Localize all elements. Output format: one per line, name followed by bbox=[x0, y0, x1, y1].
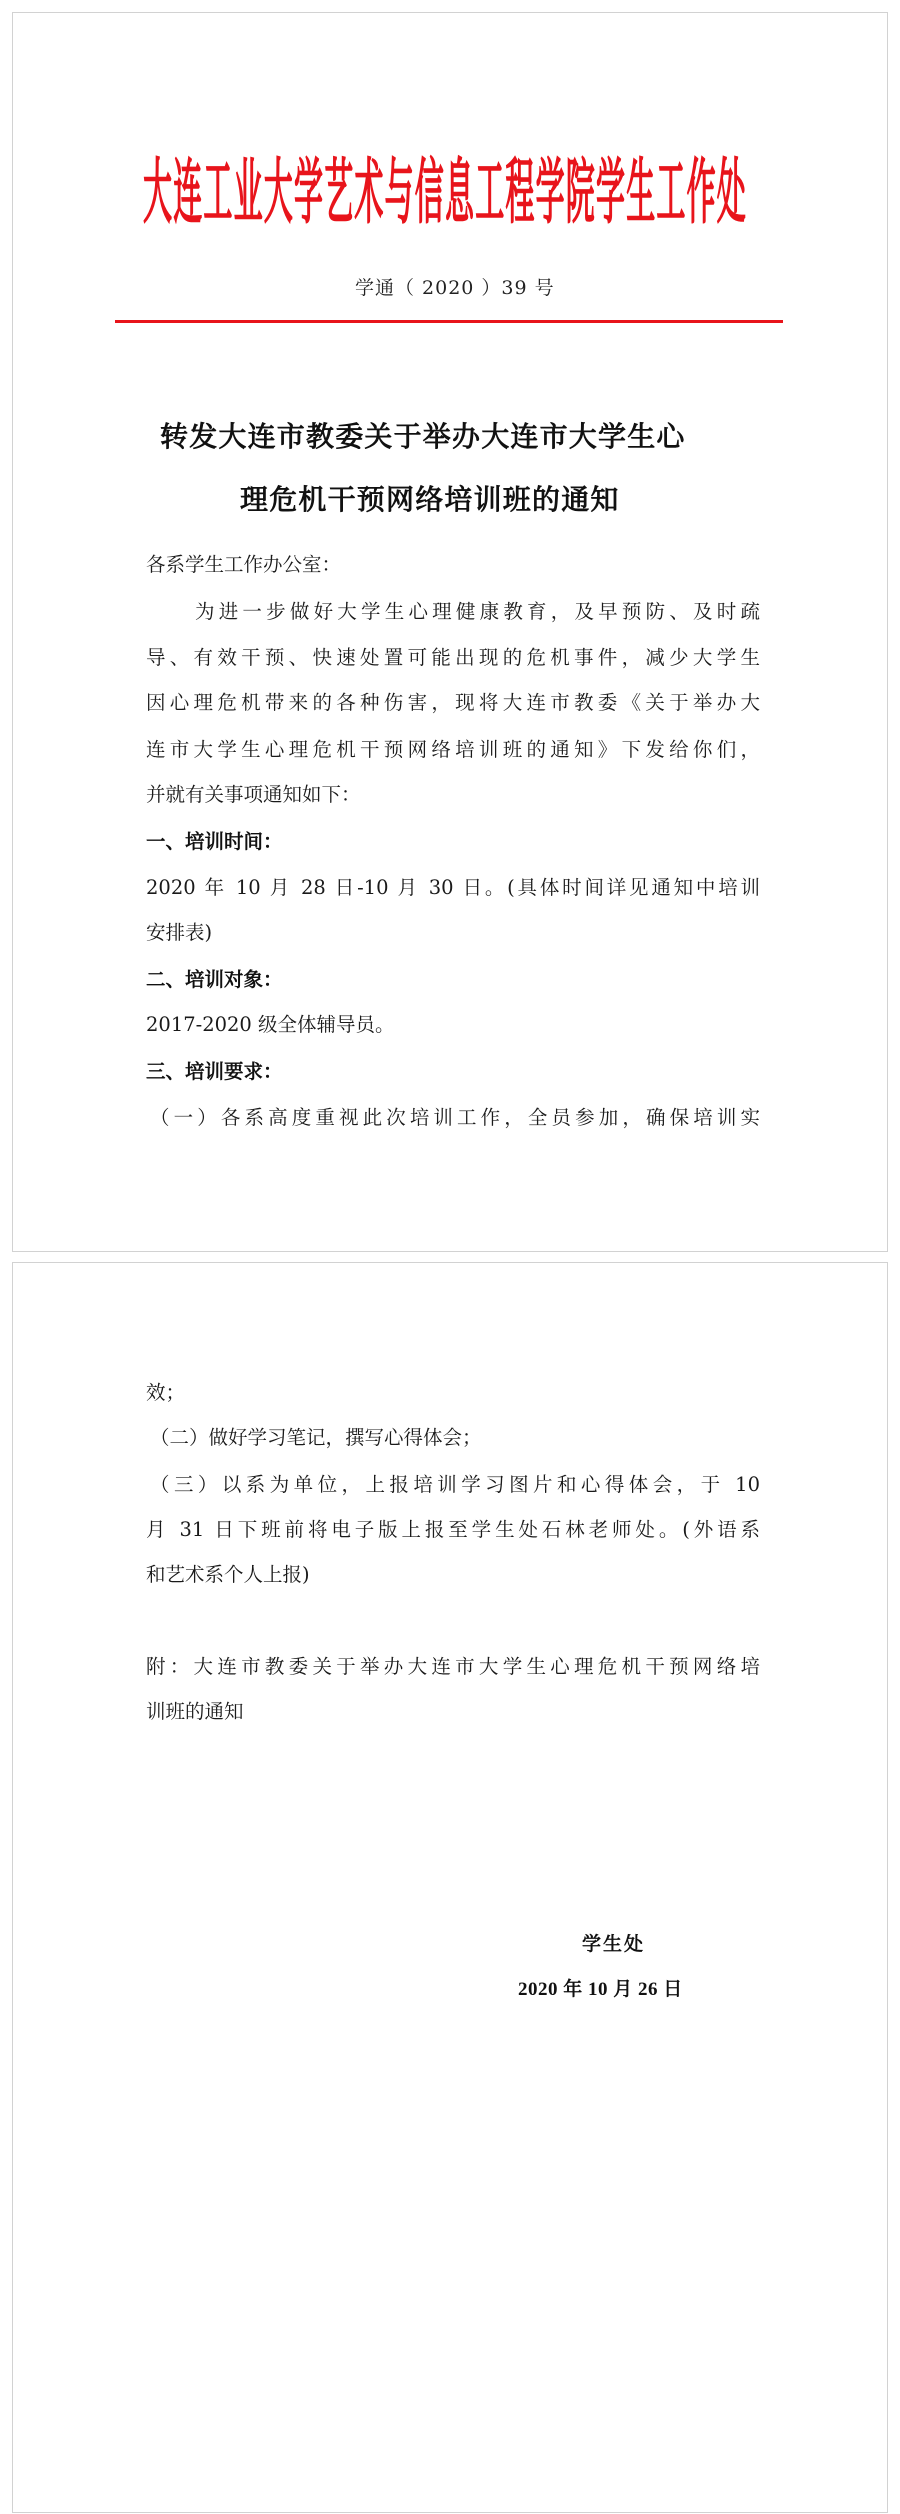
body-line: 效； bbox=[146, 1380, 760, 1406]
body-line: 因心理危机带来的各种伤害，现将大连市教委《关于举办大 bbox=[146, 690, 760, 716]
body-line: 和艺术系个人上报) bbox=[146, 1562, 760, 1588]
body-line: （一）各系高度重视此次培训工作，全员参加，确保培训实 bbox=[150, 1105, 760, 1131]
body-line: 月 31 日下班前将电子版上报至学生处石林老师处。(外语系 bbox=[146, 1517, 760, 1543]
body-line: 为进一步做好大学生心理健康教育，及早预防、及时疏 bbox=[195, 599, 760, 625]
document-number: 学通（ 2020 ）39 号 bbox=[355, 276, 555, 300]
letterhead-title: 大连工业大学艺术与信息工程学院学生工作处 bbox=[143, 155, 749, 336]
signature-issuer: 学生处 bbox=[582, 1932, 645, 1958]
attachment-line: 训班的通知 bbox=[146, 1699, 760, 1725]
body-line: 2017-2020 级全体辅导员。 bbox=[146, 1012, 760, 1038]
body-line: 导、有效干预、快速处置可能出现的危机事件，减少大学生 bbox=[146, 645, 760, 671]
body-line: 并就有关事项通知如下： bbox=[146, 782, 760, 808]
body-line: 安排表) bbox=[146, 920, 760, 946]
section-heading-requirements: 三、培训要求： bbox=[146, 1059, 283, 1085]
section-heading-time: 一、培训时间： bbox=[146, 829, 283, 855]
notice-title-line-1: 转发大连市教委关于举办大连市大学生心 bbox=[160, 420, 686, 454]
body-line: 连市大学生心理危机干预网络培训班的通知》下发给你们， bbox=[146, 737, 760, 763]
body-line: （二）做好学习笔记，撰写心得体会； bbox=[150, 1425, 760, 1451]
salutation: 各系学生工作办公室： bbox=[146, 552, 760, 578]
letterhead-divider bbox=[115, 320, 783, 323]
notice-title-line-2: 理危机干预网络培训班的通知 bbox=[240, 483, 620, 517]
signature-date: 2020 年 10 月 26 日 bbox=[518, 1977, 683, 2003]
body-line: 2020 年 10 月 28 日-10 月 30 日。(具体时间详见通知中培训 bbox=[146, 875, 760, 901]
attachment-line: 附：大连市教委关于举办大连市大学生心理危机干预网络培 bbox=[146, 1654, 760, 1680]
section-heading-audience: 二、培训对象： bbox=[146, 967, 283, 993]
body-line: （三）以系为单位，上报培训学习图片和心得体会，于 10 bbox=[150, 1472, 760, 1498]
